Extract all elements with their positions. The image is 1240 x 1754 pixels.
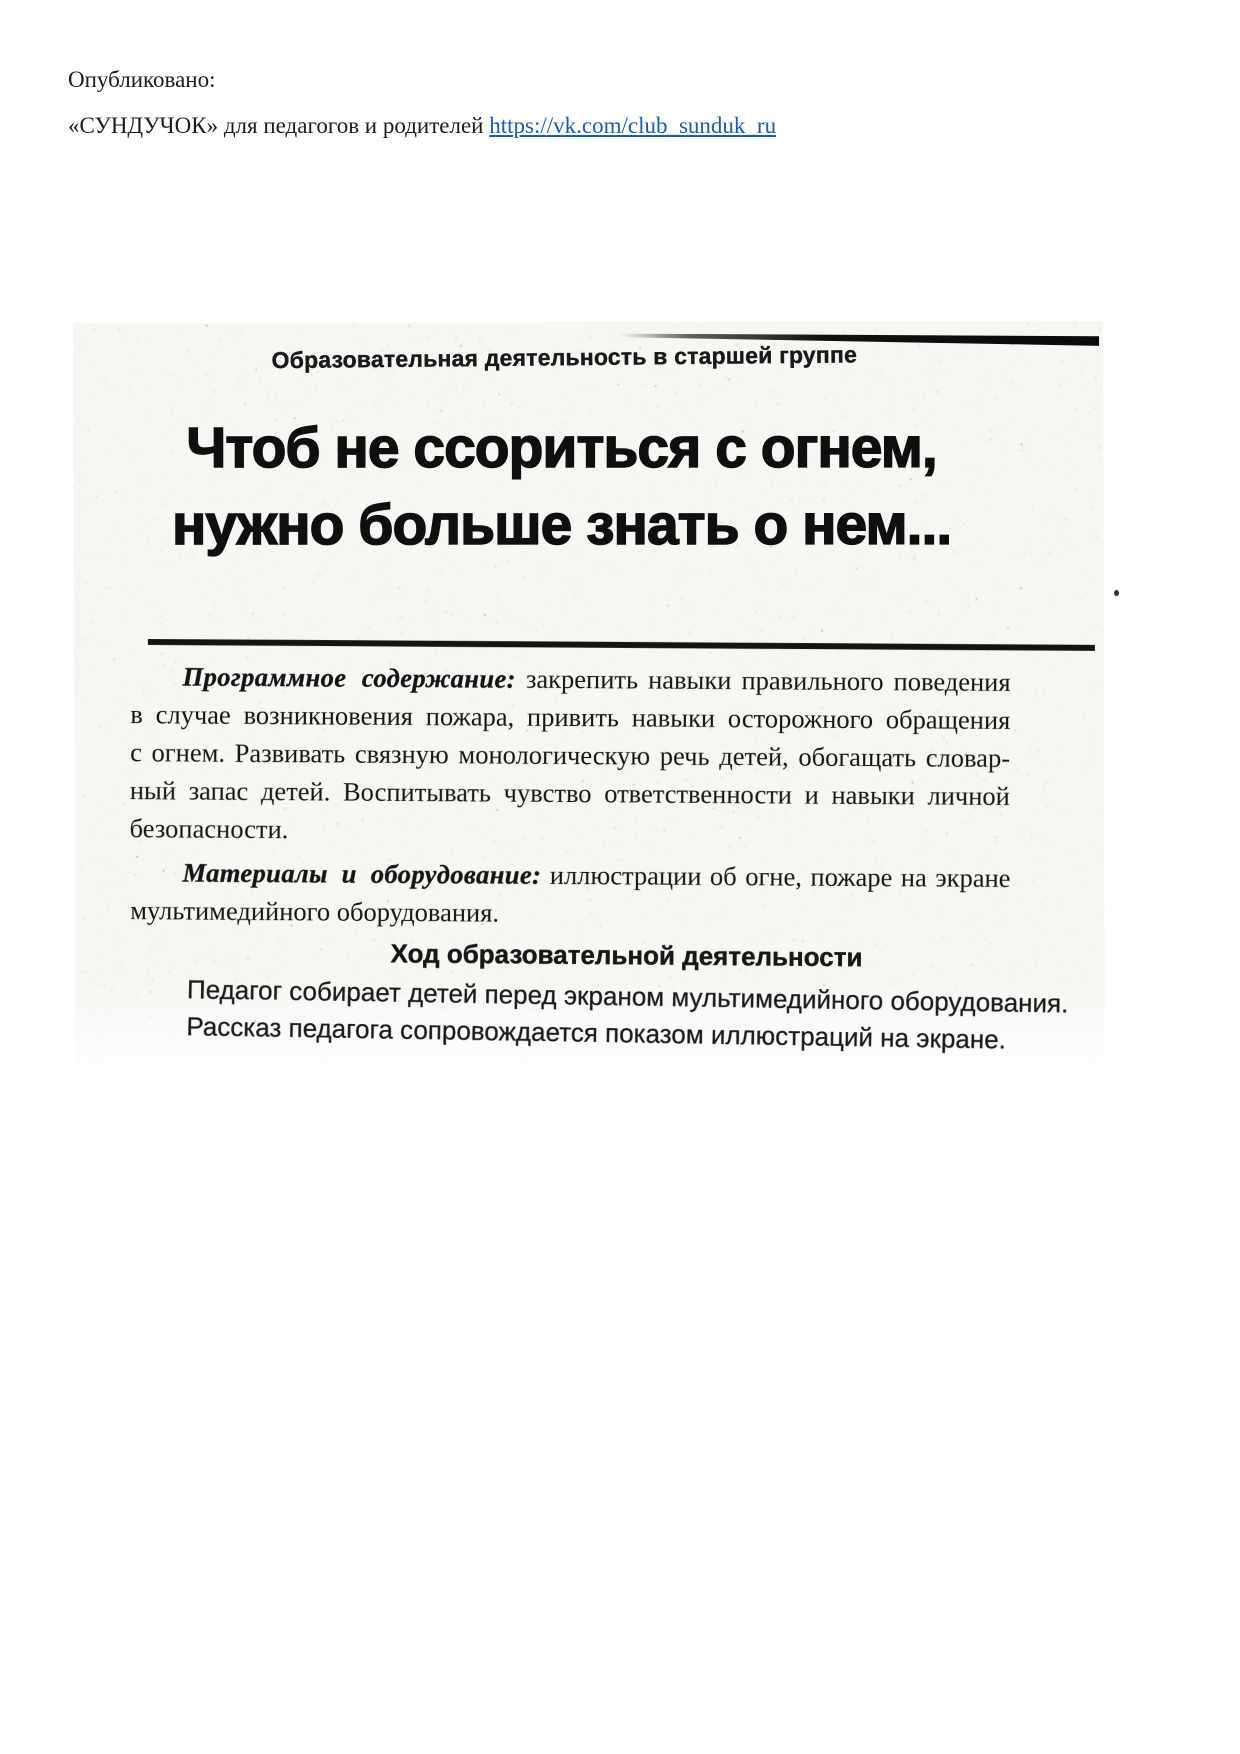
text-line: с огнем. Развивать связную монологическу… <box>130 733 1010 777</box>
program-paragraph: Программное содержание: закрепить навыки… <box>129 657 1010 853</box>
text-line: Материалы и оборудование: иллюстрации об… <box>130 853 1010 897</box>
paragraph-lead: Программное содержание: <box>183 661 517 693</box>
materials-paragraph: Материалы и оборудование: иллюстрации об… <box>130 853 1010 935</box>
course-paragraph: Педагог собирает детей перед экраном мул… <box>186 971 1021 1059</box>
source-line: «СУНДУЧОК» для педагогов и родителей htt… <box>68 112 776 140</box>
paragraph-lead: Материалы и оборудование: <box>182 857 541 889</box>
course-heading: Ход образовательной деятельности <box>74 934 1104 977</box>
page: { "page": { "published_label": "Опублико… <box>0 0 1240 1754</box>
title-divider-rule <box>148 639 1095 651</box>
scan-title-line-1: Чтоб не ссориться с огнем, <box>74 410 1050 487</box>
source-link[interactable]: https://vk.com/club_sunduk_ru <box>489 113 776 138</box>
text-line: ный запас детей. Воспитывать чувство отв… <box>130 771 1010 815</box>
scanned-page: Образовательная деятельность в старшей г… <box>73 321 1105 1087</box>
scan-kicker: Образовательная деятельность в старшей г… <box>73 337 1103 377</box>
scan-stray-speck <box>1114 590 1119 596</box>
text-line: безопасности. <box>129 809 1009 853</box>
text-line: в случае возникновения пожара, привить н… <box>130 695 1010 739</box>
source-prefix: «СУНДУЧОК» для педагогов и родителей <box>68 113 489 138</box>
scan-title-line-2: нужно больше знать о нем... <box>74 487 1050 564</box>
published-label: Опубликовано: <box>68 66 216 94</box>
text-line: Программное содержание: закрепить навыки… <box>130 657 1010 701</box>
text-line: мультимедийного оборудования. <box>130 891 1010 935</box>
scan-title: Чтоб не ссориться с огнем, нужно больше … <box>74 410 1104 564</box>
